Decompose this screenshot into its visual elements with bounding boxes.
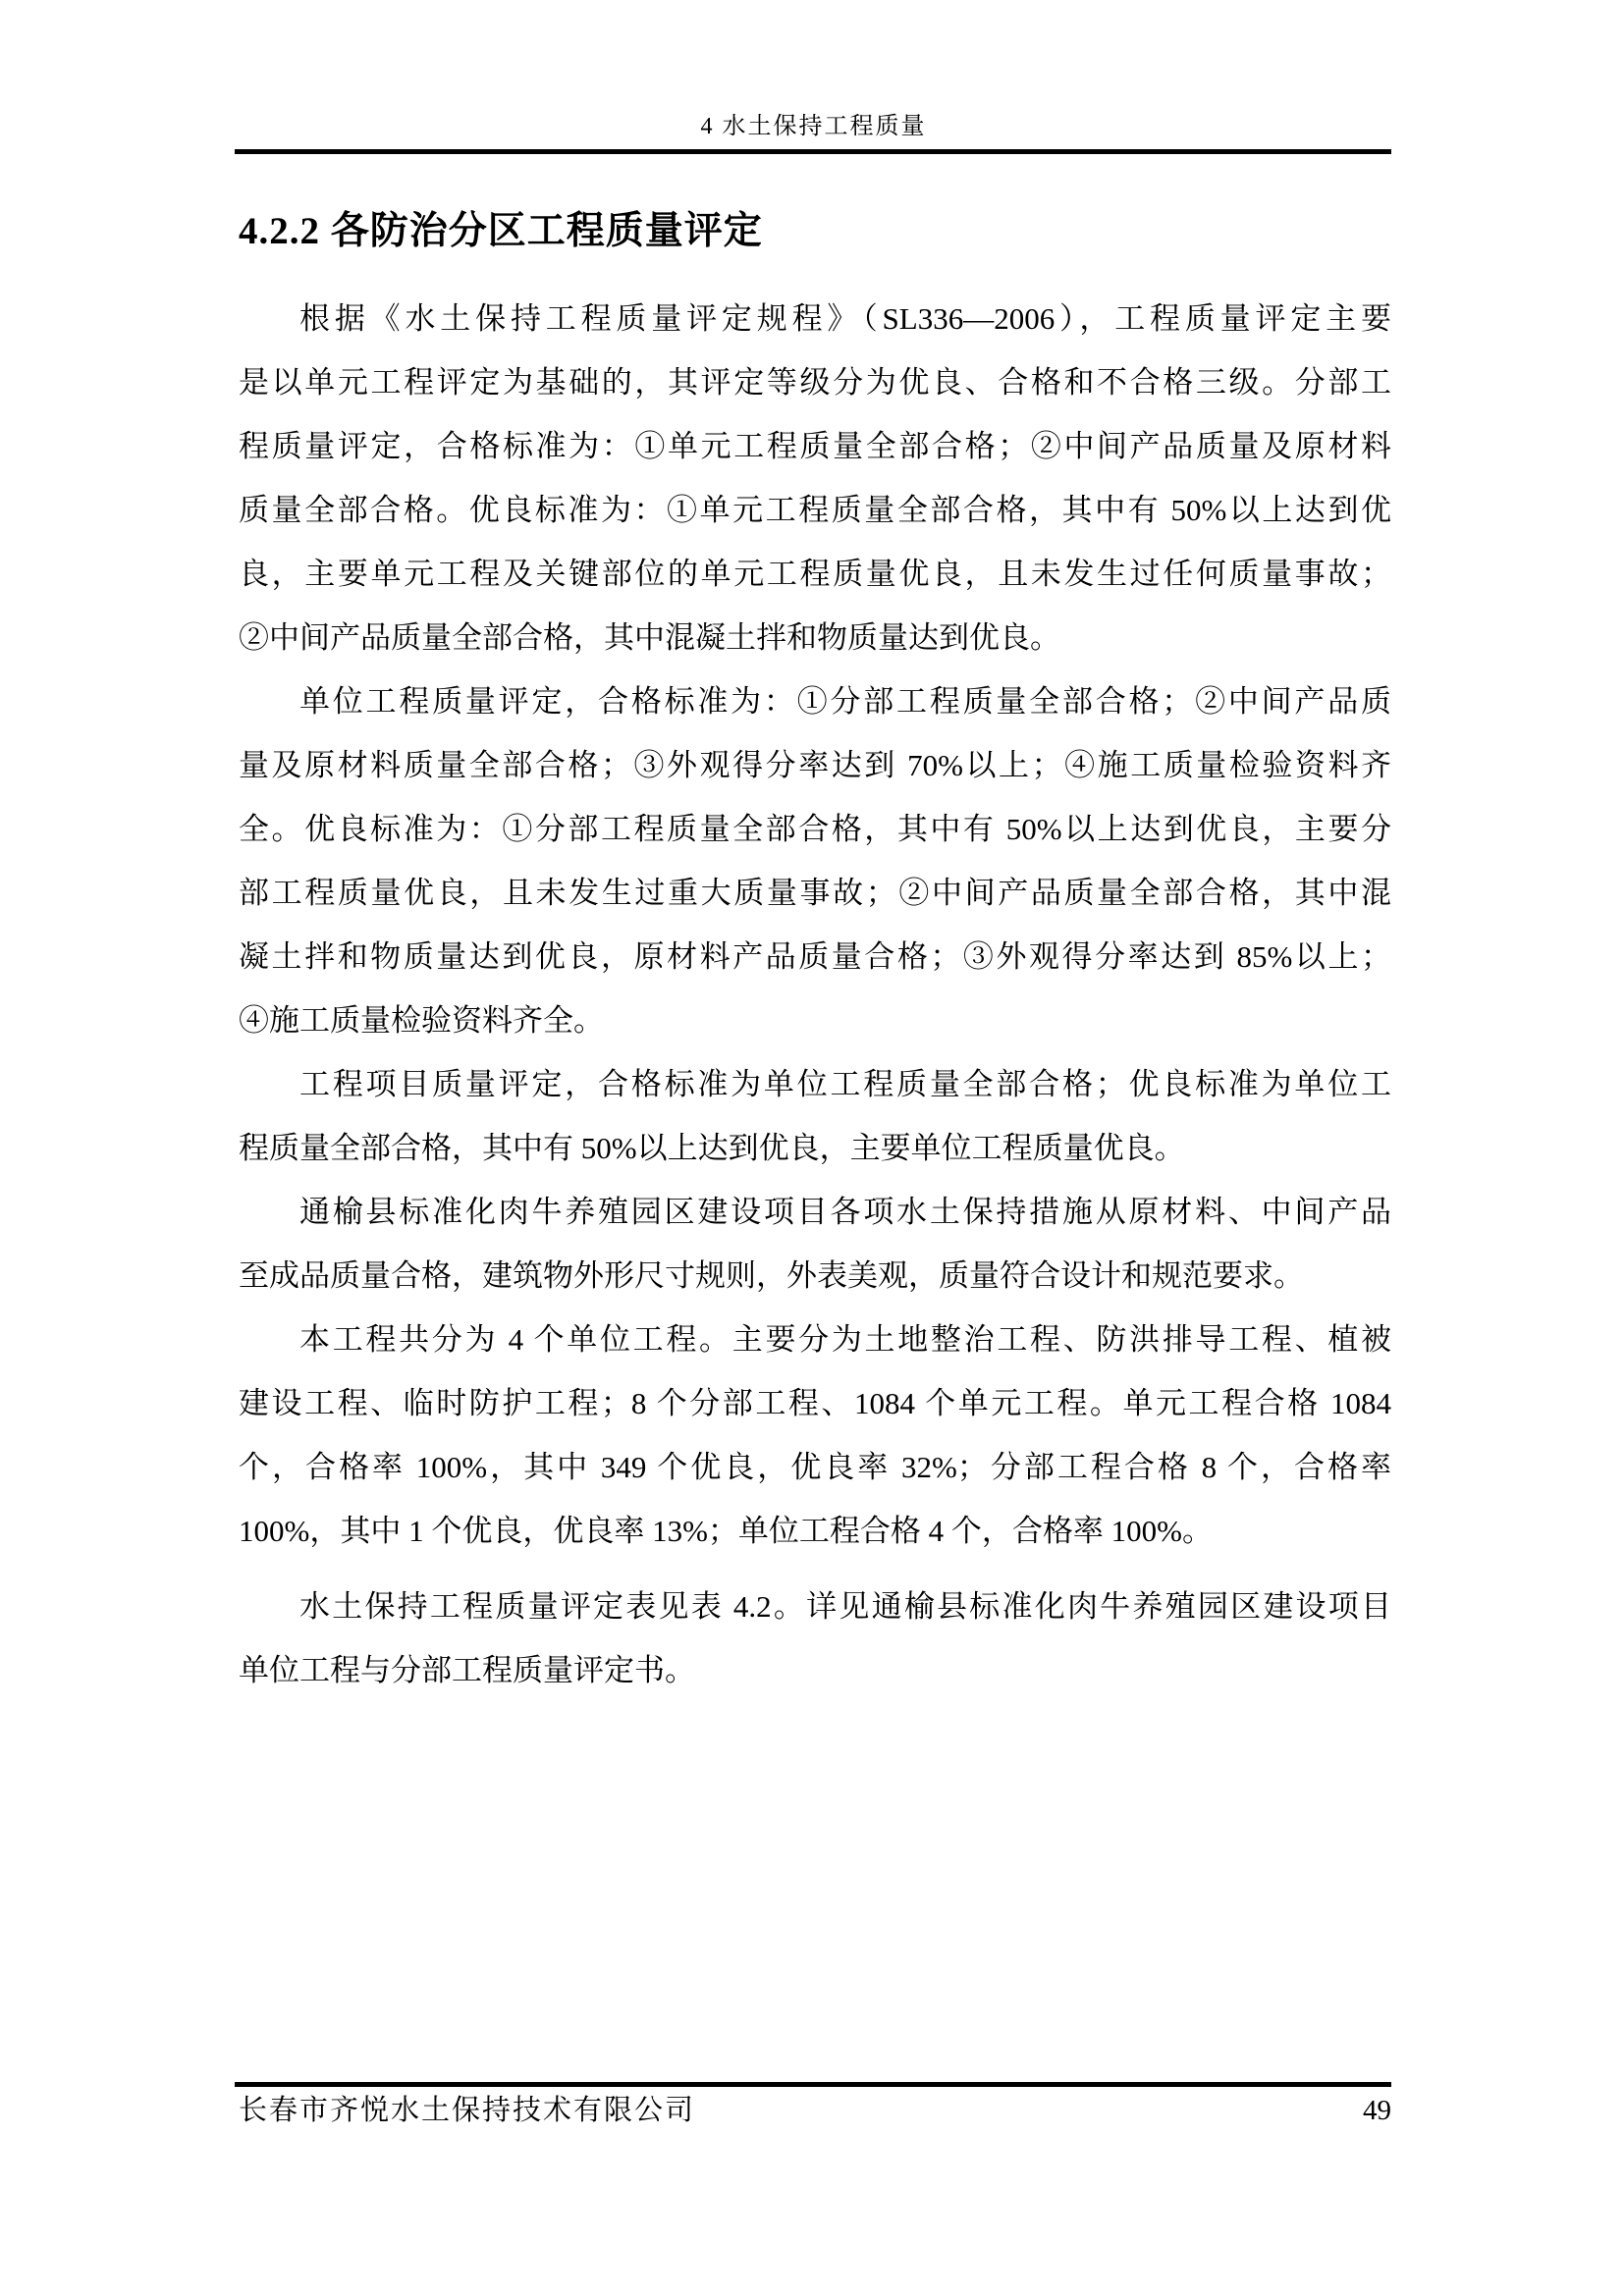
page-number: 49 xyxy=(236,2093,1391,2128)
text-line: 水土保持工程质量评定表见表 4.2。详见通榆县标准化肉牛养殖园区建设项目 xyxy=(239,1575,1391,1638)
text-line: 100%，其中 1 个优良，优良率 13%；单位工程合格 4 个，合格率 100… xyxy=(239,1499,1391,1563)
document-page: 4 水土保持工程质量 4.2.2 各防治分区工程质量评定 根据《水土保持工程质量… xyxy=(0,0,1624,2296)
document-body: 根据《水土保持工程质量评定规程》（SL336—2006），工程质量评定主要 是以… xyxy=(239,287,1391,1702)
text-line: ④施工质量检验资料齐全。 xyxy=(239,988,1391,1052)
text-line: 单位工程质量评定，合格标准为：①分部工程质量全部合格；②中间产品质 xyxy=(239,669,1391,733)
running-head: 4 水土保持工程质量 xyxy=(236,112,1391,141)
paragraph-5: 本工程共分为 4 个单位工程。主要分为土地整治工程、防洪排导工程、植被 建设工程… xyxy=(239,1308,1391,1563)
text-line: 个，合格率 100%，其中 349 个优良，优良率 32%；分部工程合格 8 个… xyxy=(239,1435,1391,1499)
paragraph-2: 单位工程质量评定，合格标准为：①分部工程质量全部合格；②中间产品质 量及原材料质… xyxy=(239,669,1391,1052)
text-line: 根据《水土保持工程质量评定规程》（SL336—2006），工程质量评定主要 xyxy=(239,287,1391,350)
paragraph-1: 根据《水土保持工程质量评定规程》（SL336—2006），工程质量评定主要 是以… xyxy=(239,287,1391,669)
paragraph-6: 水土保持工程质量评定表见表 4.2。详见通榆县标准化肉牛养殖园区建设项目 单位工… xyxy=(239,1575,1391,1702)
text-line: 建设工程、临时防护工程；8 个分部工程、1084 个单元工程。单元工程合格 10… xyxy=(239,1371,1391,1435)
text-line: 全。优良标准为：①分部工程质量全部合格，其中有 50%以上达到优良，主要分 xyxy=(239,797,1391,861)
section-heading: 4.2.2 各防治分区工程质量评定 xyxy=(239,208,763,255)
text-line: 质量全部合格。优良标准为：①单元工程质量全部合格，其中有 50%以上达到优 xyxy=(239,478,1391,542)
header-rule xyxy=(235,149,1391,154)
text-line: ②中间产品质量全部合格，其中混凝土拌和物质量达到优良。 xyxy=(239,606,1391,669)
text-line: 是以单元工程评定为基础的，其评定等级分为优良、合格和不合格三级。分部工 xyxy=(239,350,1391,414)
text-line: 良，主要单元工程及关键部位的单元工程质量优良，且未发生过任何质量事故； xyxy=(239,542,1391,606)
text-line: 程质量评定，合格标准为：①单元工程质量全部合格；②中间产品质量及原材料 xyxy=(239,414,1391,478)
text-line: 本工程共分为 4 个单位工程。主要分为土地整治工程、防洪排导工程、植被 xyxy=(239,1308,1391,1371)
text-line: 量及原材料质量全部合格；③外观得分率达到 70%以上；④施工质量检验资料齐 xyxy=(239,733,1391,797)
text-line: 通榆县标准化肉牛养殖园区建设项目各项水土保持措施从原材料、中间产品 xyxy=(239,1180,1391,1244)
text-line: 凝土拌和物质量达到优良，原材料产品质量合格；③外观得分率达到 85%以上； xyxy=(239,925,1391,988)
paragraph-3: 工程项目质量评定，合格标准为单位工程质量全部合格；优良标准为单位工 程质量全部合… xyxy=(239,1052,1391,1180)
text-line: 工程项目质量评定，合格标准为单位工程质量全部合格；优良标准为单位工 xyxy=(239,1052,1391,1116)
paragraph-4: 通榆县标准化肉牛养殖园区建设项目各项水土保持措施从原材料、中间产品 至成品质量合… xyxy=(239,1180,1391,1308)
text-line: 部工程质量优良，且未发生过重大质量事故；②中间产品质量全部合格，其中混 xyxy=(239,861,1391,925)
text-line: 程质量全部合格，其中有 50%以上达到优良，主要单位工程质量优良。 xyxy=(239,1116,1391,1180)
text-line: 至成品质量合格，建筑物外形尺寸规则，外表美观，质量符合设计和规范要求。 xyxy=(239,1244,1391,1308)
footer-rule xyxy=(235,2082,1391,2087)
text-line: 单位工程与分部工程质量评定书。 xyxy=(239,1638,1391,1702)
